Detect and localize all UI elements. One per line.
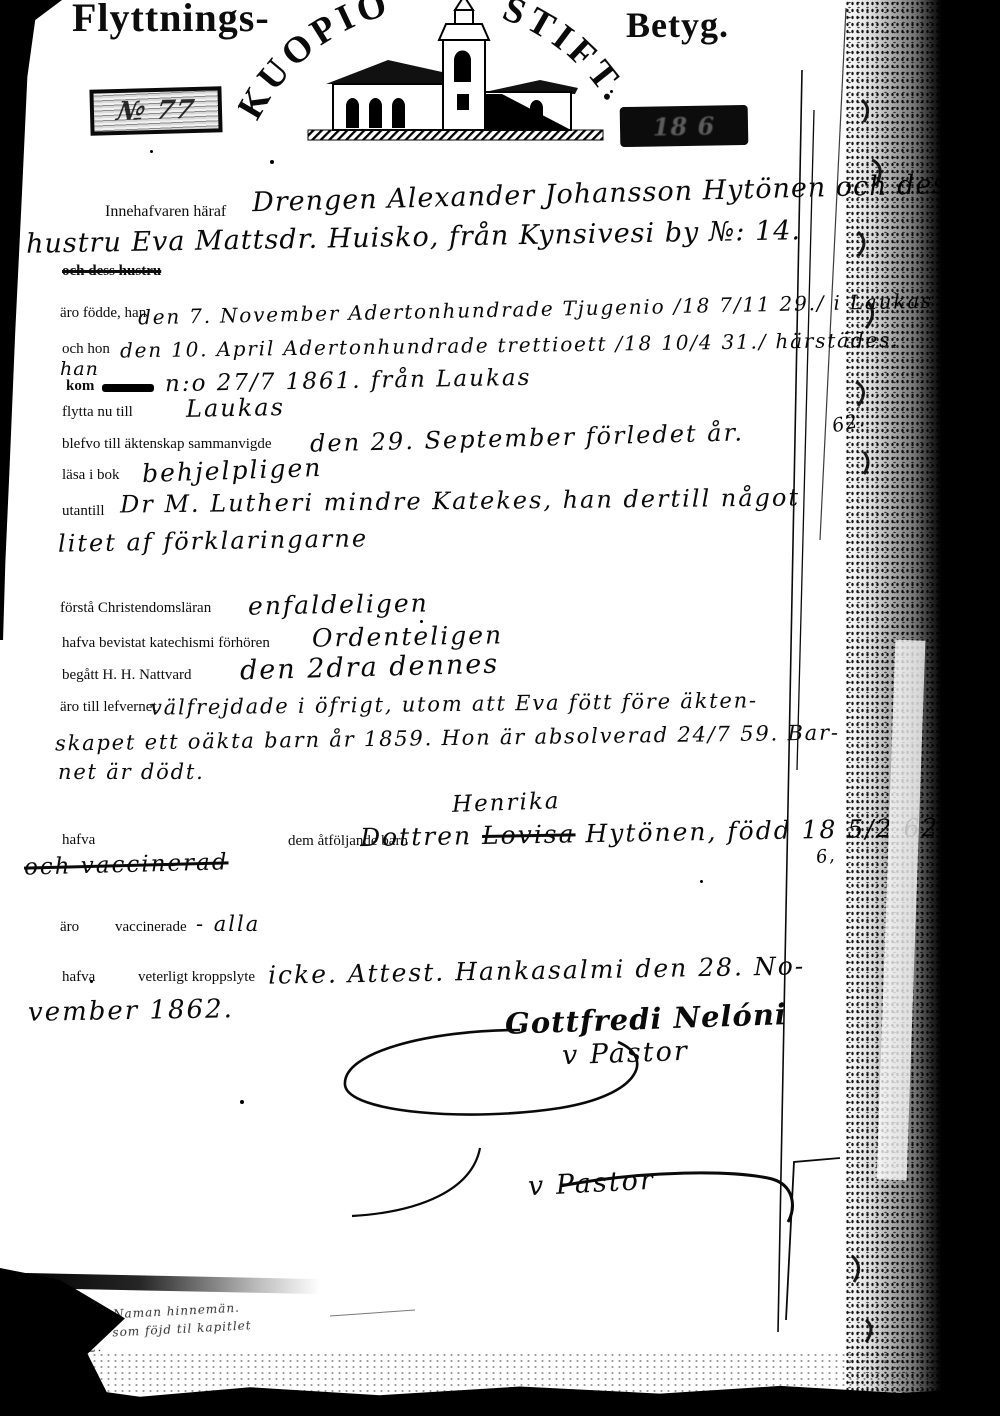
defect-handwriting-line1: icke. Attest. Hankasalmi den 28. No- — [268, 951, 806, 989]
page-edge-line — [797, 110, 814, 770]
conduct-handwriting-line2: skapet ett oäkta barn år 1859. Hon är ab… — [55, 721, 840, 756]
pastor-signature-title: v Pastor — [561, 1036, 689, 1071]
vaccination-value: alla — [214, 912, 260, 936]
margin-note-year: 62. — [830, 409, 867, 437]
field-label-defect-1: hafva — [62, 969, 95, 986]
children-handwriting: Dottren Lovisa Hytönen, född 18 5/2 62. — [360, 813, 950, 852]
page-edge-sliver — [877, 640, 926, 1181]
belfry-window — [454, 50, 471, 82]
children-handwriting-post: Hytönen, född 18 5/2 62. — [585, 813, 949, 848]
field-label-marriage: blefvo till äktenskap sammanvigde — [62, 436, 272, 453]
nave-window — [369, 98, 382, 128]
margin-note-small: 6, — [815, 845, 837, 868]
toner-dot — [270, 160, 274, 164]
nave-window — [392, 98, 405, 128]
field-label-move-to: flytta nu till — [62, 404, 133, 421]
scan-streak-bottom-left — [20, 1273, 320, 1294]
conduct-handwriting-line1: välfrejdade i öfrigt, utom att Eva fött … — [150, 688, 758, 719]
field-label-born-she: och hon — [62, 341, 110, 358]
scan-bottom-speckle — [0, 1352, 1000, 1392]
page-edge-line — [820, 8, 846, 540]
lantern — [455, 10, 473, 24]
toner-dot — [700, 880, 703, 883]
reading-handwriting: behjelpligen — [142, 453, 323, 488]
field-label-children-1: hafva — [62, 832, 95, 849]
toner-dot — [90, 980, 93, 983]
arrival-handwriting: n:o 27/7 1861. från Laukas — [165, 365, 532, 397]
year-stamp-box: 18 6 — [620, 105, 749, 147]
field-label-born-he: äro födde, han — [60, 305, 146, 322]
comprehension-handwriting: enfaldeligen — [248, 588, 429, 620]
holder-handwriting-line1: Drengen Alexander Johansson Hytönen och … — [252, 169, 963, 219]
ink-smear — [102, 384, 154, 392]
field-label-communion: begått H. H. Nattvard — [62, 667, 192, 684]
scan-edge-right — [845, 0, 1000, 1416]
document-title-right: Betyg. — [626, 4, 729, 46]
struck-form-heading: och dess hustru — [62, 263, 161, 280]
field-label-memory: utantill — [62, 503, 105, 520]
memory-handwriting-line2: litet af förklaringarne — [58, 524, 368, 557]
field-label-holder: Innehafvaren häraf — [105, 203, 226, 221]
footer-note-line3: d. 4/7. 62. — [30, 1340, 103, 1358]
struck-handwriting-note: och vaccinerad — [24, 849, 229, 880]
arrival-inserted-word: han — [60, 358, 99, 380]
born-he-handwriting: den 7. November Adertonhundrade Tjugenio… — [138, 289, 933, 330]
signature-flourish-tail — [352, 1148, 480, 1216]
born-she-handwriting: den 10. April Adertonhundrade trettioett… — [120, 328, 900, 363]
field-label-conduct: äro till lefvernet — [60, 699, 157, 716]
number-stamp-box: № 77 — [89, 86, 222, 135]
defect-handwriting-line2: vember 1862. — [28, 994, 234, 1028]
page-edge-line — [778, 70, 802, 1332]
pastor-signature-name: Gottfredi Nelóni — [504, 997, 787, 1041]
tower-window — [457, 94, 469, 110]
children-struck-name: Lovisa — [482, 819, 576, 850]
field-label-reading: läsa i bok — [62, 467, 120, 484]
field-label-arrival: kom — [66, 378, 94, 395]
field-label-vaccination-2: vaccinerade — [115, 919, 187, 936]
field-label-comprehension: förstå Christendomsläran — [60, 600, 211, 617]
year-stamp-value: 18 6 — [653, 111, 716, 141]
holder-handwriting-line2: hustru Eva Mattsdr. Huisko, från Kynsive… — [26, 215, 801, 260]
church-illustration: KUOPIO STIFT. — [238, 0, 638, 144]
nave-window — [346, 98, 359, 128]
toner-dot — [610, 90, 613, 93]
scan-edge-bottom — [0, 1384, 1000, 1416]
toner-dot — [150, 150, 153, 153]
underlying-page-corner — [786, 1158, 840, 1320]
pastor-title-repeat: v Pastor — [527, 1165, 655, 1203]
number-stamp-value: № 77 — [114, 95, 197, 127]
marriage-handwriting: den 29. September förledet år. — [310, 418, 745, 457]
faint-line — [330, 1310, 415, 1316]
field-label-vaccination-1: äro — [60, 919, 79, 936]
vaccination-handwriting: ‑ alla — [196, 912, 260, 936]
spire — [455, 0, 473, 10]
scan-corner-top-left — [0, 0, 62, 38]
children-handwriting-pre: Dottren — [360, 821, 473, 852]
scan-edge-left — [0, 0, 38, 640]
memory-handwriting-line1: Dr M. Lutheri mindre Katekes, han dertil… — [120, 483, 800, 518]
conduct-handwriting-line3: net är dödt. — [58, 760, 205, 784]
church-ground-hatch — [308, 130, 603, 140]
toner-dot — [420, 620, 423, 623]
nave-roof — [326, 60, 460, 84]
catechism-handwriting: Ordenteligen — [312, 620, 504, 652]
field-label-catechism: hafva bevistat katechismi förhören — [62, 635, 270, 652]
edge-scribbles — [852, 100, 880, 1342]
communion-handwriting: den 2dra dennes — [240, 649, 500, 687]
move-to-handwriting: Laukas — [186, 393, 285, 423]
scanned-certificate-page: Flyttnings- Betyg. KUOPIO STIFT. — [0, 0, 1000, 1416]
field-label-defect-2: veterligt kroppslyte — [138, 969, 255, 986]
children-inserted-name: Henrika — [452, 788, 561, 818]
tower-cap — [439, 24, 489, 40]
toner-dot — [240, 1100, 244, 1104]
